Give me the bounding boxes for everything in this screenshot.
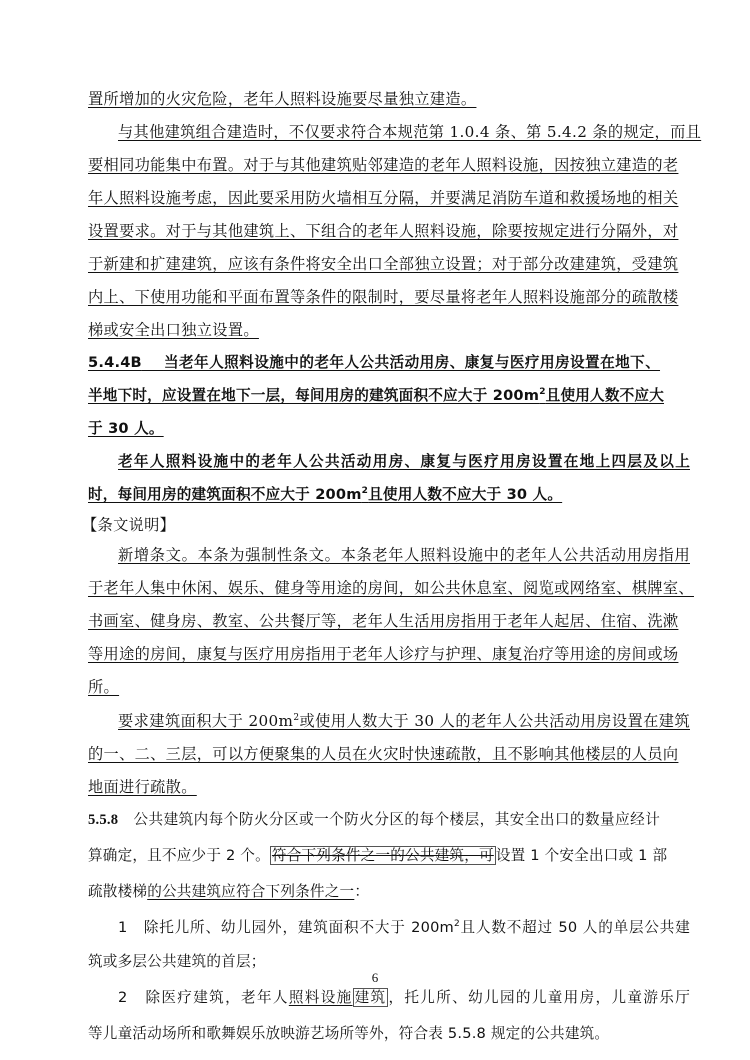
item-text: 除医疗建筑，老年人 (145, 989, 288, 1006)
explanation-line: 的一、二、三层，可以方便聚集的人员在火灾时快速疏散，且不影响其他楼层的人员向 (88, 743, 660, 765)
clause-line: 半地下时，应设置在地下一层，每间用房的建筑面积不应大于 200m2且使用人数不应… (88, 385, 660, 407)
item-text: 除托儿所、幼儿园外，建筑面积不大于 200m (144, 919, 454, 936)
explanation-text: 新增条文。本条为强制性条文。本条老年人照料设施中的老年人公共活动用房指用 (118, 546, 690, 564)
explanation-line: 书画室、健身房、教室、公共餐厅等，老年人生活用房指用于老年人起居、住宿、洗漱 (88, 610, 660, 632)
text-span: 要求建筑面积大于 200m (118, 712, 293, 730)
item-text: ，托儿所、幼儿园的儿童用房，儿童游乐厅 (388, 989, 690, 1006)
list-item-2-cont: 等儿童活动场所和歌舞娱乐放映游艺场所等外，符合表 5.5.8 规定的公共建筑。 (88, 1023, 609, 1045)
explanation-line: 等用途的房间，康复与医疗用房指用于老年人诊疗与护理、康复治疗等用途的房间或场 (88, 643, 660, 665)
clause-text: 半地下时，应设置在地下一层，每间用房的建筑面积不应大于 200m (88, 387, 539, 404)
item-text: 且人数不超过 50 人的单层公共建 (460, 919, 690, 936)
text-line: 年人照料设施考虑，因此要采用防火墙相互分隔，并要满足消防车道和救援场地的相关 (88, 187, 660, 209)
clause-line: 老年人照料设施中的老年人公共活动用房、康复与医疗用房设置在地上四层及以上 (88, 451, 690, 473)
text-line: 于新建和扩建建筑，应该有条件将安全出口全部独立设置；对于部分改建建筑，受建筑 (88, 253, 660, 275)
text-line: 要相同功能集中布置。对于与其他建筑贴邻建造的老年人照料设施，因按独立建造的老 (88, 154, 660, 176)
explanation-line: 地面进行疏散。 (88, 776, 197, 798)
explanation-text: 要求建筑面积大于 200m2或使用人数大于 30 人的老年人公共活动用房设置在建… (118, 712, 690, 730)
page-number: 6 (0, 970, 750, 986)
inserted-text: 的公共建筑应符合下列条件之一 (147, 883, 354, 900)
clause-line: 算确定，且不应少于 2 个。符合下列条件之一的公共建筑，可设置 1 个安全出口或… (88, 845, 667, 867)
deleted-text: 符合下列条件之一的公共建筑，可 (270, 846, 496, 865)
clause-text: 公共建筑内每个防火分区或一个防火分区的每个楼层，其安全出口的数量应经计 (133, 811, 660, 828)
clause-text: 设置 1 个安全出口或 1 部 (496, 847, 667, 864)
clause-number: 5.5.8 (88, 812, 118, 828)
clause-text: 且使用人数不应大于 30 人。 (368, 486, 562, 503)
text-line: 梯或安全出口独立设置。 (88, 319, 259, 341)
clause-5-5-8-heading: 5.5.8 公共建筑内每个防火分区或一个防火分区的每个楼层，其安全出口的数量应经… (88, 809, 660, 831)
list-item-2: 2 除医疗建筑，老年人照料设施建筑，托儿所、幼儿园的儿童用房，儿童游乐厅 (88, 987, 690, 1009)
text-span: 或使用人数大于 30 人的老年人公共活动用房设置在建筑 (299, 712, 690, 730)
text-span: 与其他建筑组合建造时，不仅要求符合本规范第 1.0.4 条、第 5.4.2 条的… (118, 123, 701, 141)
boxed-text: 建筑 (353, 988, 389, 1007)
explanation-line: 于老年人集中休闲、娱乐、健身等用途的房间，如公共休息室、阅览或网络室、棋牌室、 (88, 577, 660, 599)
item-number: 2 (118, 989, 128, 1006)
clause-text: 且使用人数不应大 (546, 387, 664, 404)
text-line: 置所增加的火灾危险，老年人照料设施要尽量独立建造。 (88, 88, 476, 110)
list-item-1: 1 除托儿所、幼儿园外，建筑面积不大于 200m2且人数不超过 50 人的单层公… (88, 917, 690, 939)
explanation-line: 所。 (88, 676, 119, 698)
clause-text: 当老年人照料设施中的老年人公共活动用房、康复与医疗用房设置在地下、 (164, 354, 660, 371)
text-line: 设置要求。对于与其他建筑上、下组合的老年人照料设施，除要按规定进行分隔外，对 (88, 220, 660, 242)
explanation-heading: 【条文说明】 (82, 514, 175, 536)
clause-line: 于 30 人。 (88, 418, 164, 440)
clause-line: 疏散楼梯的公共建筑应符合下列条件之一： (88, 881, 369, 903)
item-number: 1 (118, 919, 128, 936)
clause-5-4-4b-heading: 5.4.4B 当老年人照料设施中的老年人公共活动用房、康复与医疗用房设置在地下、 (88, 352, 660, 374)
inserted-text: 照料设施 (289, 989, 353, 1006)
text-line: 内上、下使用功能和平面布置等条件的限制时，要尽量将老年人照料设施部分的疏散楼 (88, 286, 660, 308)
clause-text: 疏散楼梯 (88, 883, 147, 900)
clause-text: ： (354, 883, 369, 900)
clause-line: 时，每间用房的建筑面积不应大于 200m2且使用人数不应大于 30 人。 (88, 484, 562, 506)
clause-text: 时，每间用房的建筑面积不应大于 200m (88, 486, 362, 503)
text-line: 与其他建筑组合建造时，不仅要求符合本规范第 1.0.4 条、第 5.4.2 条的… (88, 121, 690, 143)
explanation-line: 要求建筑面积大于 200m2或使用人数大于 30 人的老年人公共活动用房设置在建… (88, 710, 690, 732)
explanation-line: 新增条文。本条为强制性条文。本条老年人照料设施中的老年人公共活动用房指用 (88, 544, 690, 566)
clause-text: 老年人照料设施中的老年人公共活动用房、康复与医疗用房设置在地上四层及以上 (118, 453, 690, 470)
clause-text: 算确定，且不应少于 2 个。 (88, 847, 270, 864)
clause-number: 5.4.4B (88, 354, 142, 371)
